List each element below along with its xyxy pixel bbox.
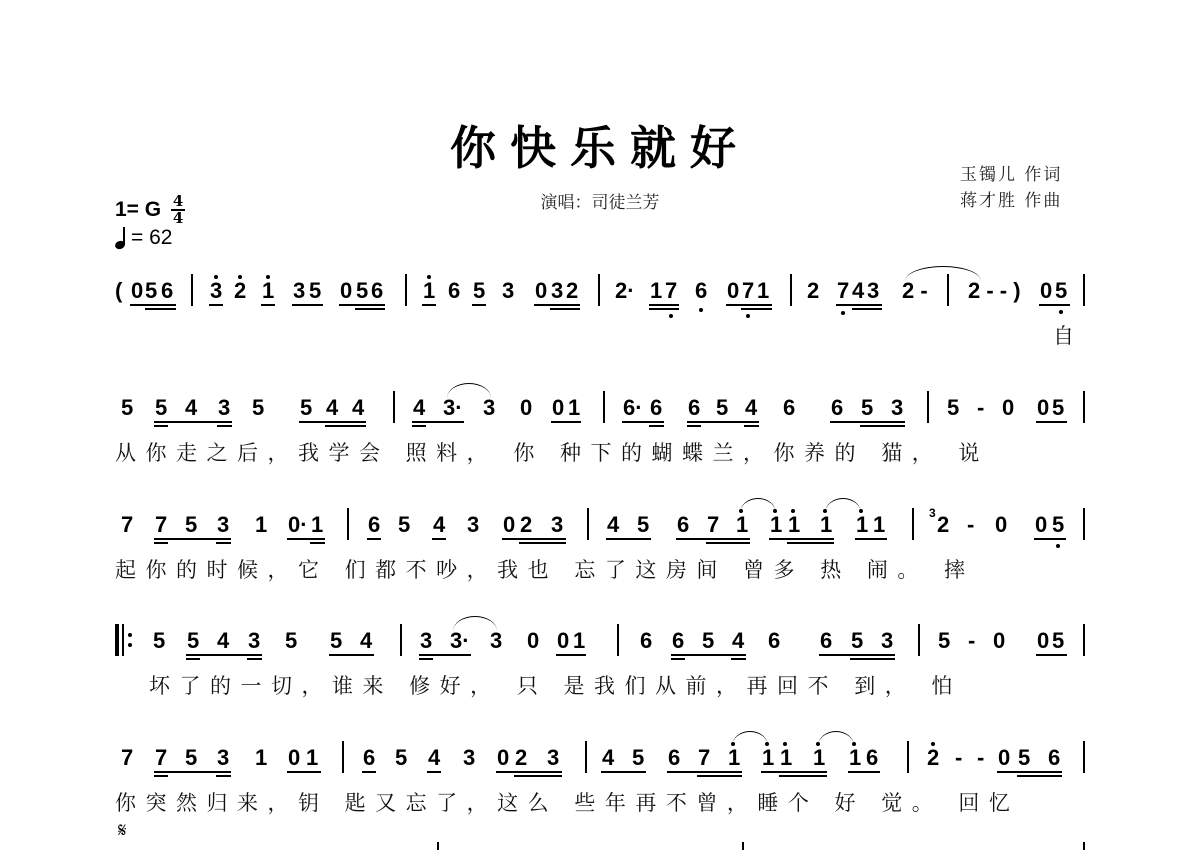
score-row-4: 5 543 5 54 3 3· 3 0 01 6 654 6 653 5-0 0… bbox=[115, 628, 1095, 718]
lyric-text: 起你的时候，它 们都不吵，我也 忘了这房间 曾多 热 闹。 摔 bbox=[115, 554, 975, 584]
key-signature: 1= G 4 4 bbox=[115, 194, 185, 226]
notation-line: 5 543 5 54 3 3· 3 0 01 6 654 6 653 5-0 0… bbox=[115, 628, 1095, 668]
lyricist-credit: 玉镯儿 作词 bbox=[960, 162, 1062, 188]
lyrics-line: 坏了的一切，谁来 修好， 只 是我们从前，再回不 到， 怕 bbox=[115, 670, 1095, 700]
lyrics-line: 从你走之后，我学会 照料， 你 种下的蝴蝶兰，你养的 猫， 说 bbox=[115, 437, 1095, 467]
lyrics-line: 自 bbox=[115, 320, 1095, 350]
lyric-text: 坏了的一切，谁来 修好， 只 是我们从前，再回不 到， 怕 bbox=[149, 670, 962, 700]
score-row-3: 7 753 1 0·1 6 5 4 3 023 45 671 11 1 11 bbox=[115, 512, 1095, 602]
segno-sign-icon: 𝄋 bbox=[118, 818, 127, 842]
lyric-text: 你突然归来，钥 匙又忘了，这么 些年再不曾，睡个 好 觉。 回忆 bbox=[115, 787, 1019, 817]
notation-line: 5 543 5 544 4 3· 3 0 01 6·6 654 6 653 5-… bbox=[115, 395, 1095, 435]
barline bbox=[742, 842, 744, 850]
barline bbox=[437, 842, 439, 850]
key-label: 1= G bbox=[115, 198, 161, 222]
barline bbox=[1083, 842, 1085, 850]
tempo-value: = 62 bbox=[131, 226, 172, 250]
notation-line: 7 753 1 0·1 6 5 4 3 023 45 671 11 1 11 bbox=[115, 512, 1095, 552]
score-row-5: 7 753 1 01 6 5 4 3 023 45 671 11 1 16 bbox=[115, 745, 1095, 835]
score-row-1: ( 056 3 2 1 35 056 1 6 5 3 032 2· 17 6 0… bbox=[115, 278, 1095, 368]
credits: 玉镯儿 作词 蒋才胜 作曲 bbox=[960, 162, 1062, 214]
quarter-note-icon bbox=[115, 227, 127, 249]
score-row-2: 5 543 5 544 4 3· 3 0 01 6·6 654 6 653 5-… bbox=[115, 395, 1095, 485]
score-page: 你快乐就好 演唱：司徒兰芳 玉镯儿 作词 蒋才胜 作曲 1= G 4 4 = 6… bbox=[0, 0, 1200, 850]
composer-credit: 蒋才胜 作曲 bbox=[960, 188, 1062, 214]
lyrics-line: 起你的时候，它 们都不吵，我也 忘了这房间 曾多 热 闹。 摔 bbox=[115, 554, 1095, 584]
lyric-text: 从你走之后，我学会 照料， 你 种下的蝴蝶兰，你养的 猫， 说 bbox=[115, 437, 989, 467]
time-sig-top: 4 bbox=[173, 194, 183, 209]
time-signature: 4 4 bbox=[171, 194, 185, 226]
lyric-text: 自 bbox=[1053, 320, 1074, 350]
lyrics-line: 你突然归来，钥 匙又忘了，这么 些年再不曾，睡个 好 觉。 回忆 bbox=[115, 787, 1095, 817]
tempo-marking: = 62 bbox=[115, 226, 172, 250]
notation-line: 7 753 1 01 6 5 4 3 023 45 671 11 1 16 bbox=[115, 745, 1095, 785]
notation-line: ( 056 3 2 1 35 056 1 6 5 3 032 2· 17 6 0… bbox=[115, 278, 1095, 318]
time-sig-bottom: 4 bbox=[173, 211, 183, 226]
